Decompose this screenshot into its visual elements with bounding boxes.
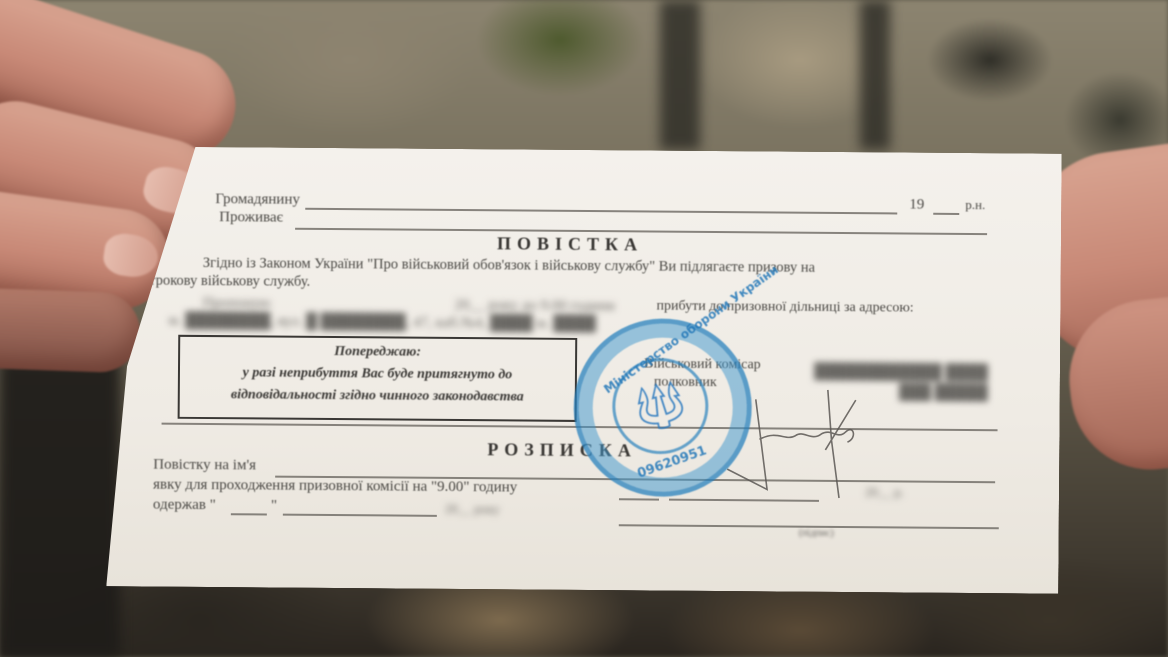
arrival-label: Пропоную: [202, 295, 270, 313]
receipt-appearance-line: явку для проходження призовної комісії н…: [153, 477, 517, 497]
receipt-received-year: 20__ року: [445, 501, 500, 517]
finger: [0, 287, 141, 374]
intro-line-2: строкову військову службу.: [143, 273, 311, 291]
trident-emblem-icon: 🔱︎: [626, 373, 694, 439]
birth-year-line: [933, 213, 959, 215]
draft-notice-document: Громадянину 19 р.н. Проживає ПОВІСТКА Зг…: [106, 146, 1061, 593]
warning-box: Попереджаю: у разі неприбуття Вас буде п…: [178, 335, 578, 422]
signature-caption: (підпис): [799, 528, 834, 539]
recipient-label: Громадянину: [215, 191, 300, 209]
recipient-field-line: [305, 208, 897, 214]
receipt-received-label: одержав ": [153, 497, 216, 514]
notice-title: ПОВІСТКА: [497, 233, 643, 255]
uniform-seam: [660, 0, 700, 150]
fingernail: [101, 231, 160, 280]
warning-line-1: Попереджаю:: [180, 343, 575, 362]
receipt-day-line: [619, 498, 659, 500]
receipt-name-label: Повістку на ім'я: [153, 457, 256, 475]
address-redacted: м. ████████, вул. █ ████████, 47, каб.№4…: [168, 313, 596, 333]
uniform-seam: [860, 0, 890, 150]
arrival-time: 20__ року до 9.00 години: [454, 297, 615, 315]
receipt-received-day-line: [231, 513, 267, 515]
birth-year-prefix: 19: [909, 197, 924, 214]
receipt-received-month-line: [283, 514, 437, 517]
warning-line-3: відповідальності згідно чинного законода…: [180, 387, 575, 406]
photo-scene: Громадянину 19 р.н. Проживає ПОВІСТКА Зг…: [0, 0, 1168, 657]
residence-label: Проживає: [219, 209, 283, 227]
birth-year-suffix: р.н.: [965, 197, 985, 213]
warning-line-2: у разі неприбуття Вас буде притягнуто до: [180, 365, 575, 384]
dark-shadow: [0, 360, 120, 657]
arrival-instruction: прибути до призовної дільниці за адресою…: [656, 299, 913, 317]
receipt-quote: ": [271, 498, 277, 515]
